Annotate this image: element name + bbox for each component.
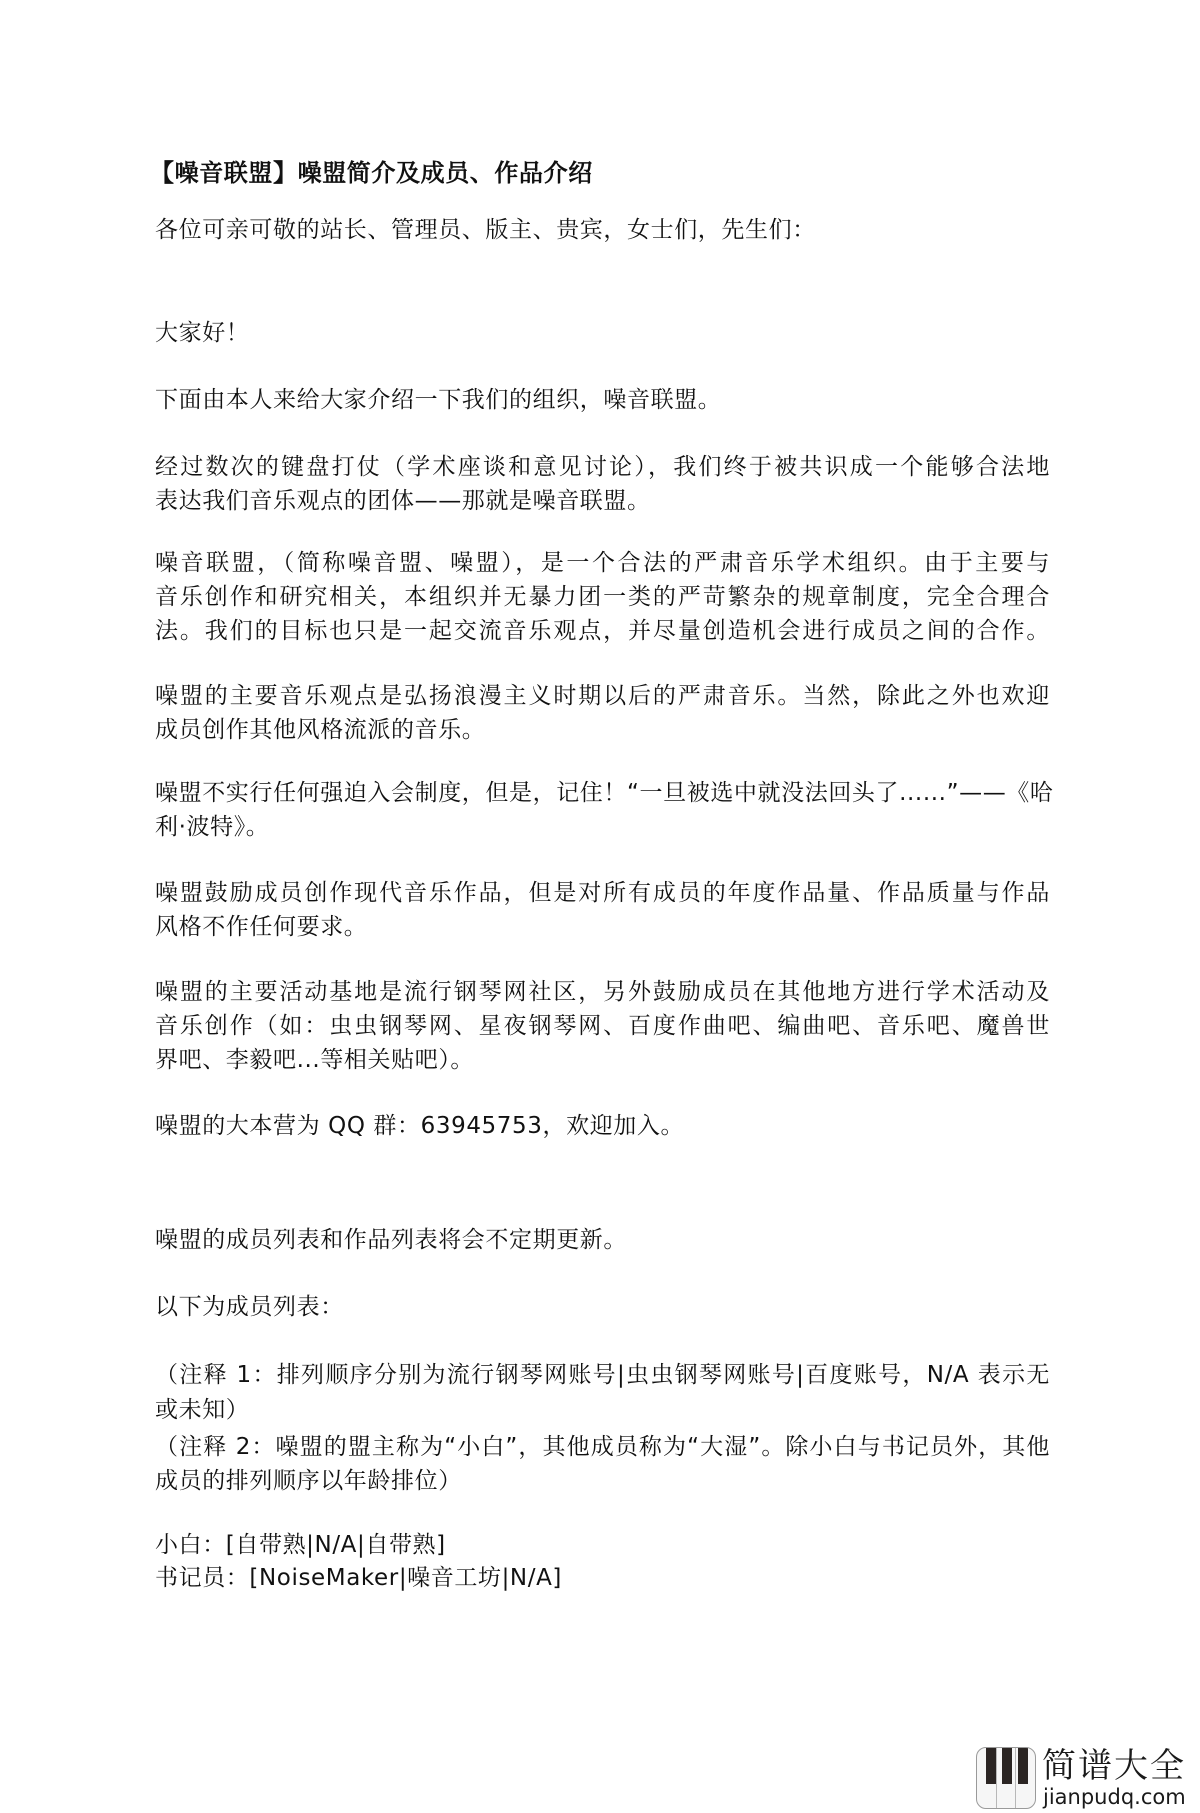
body-text-line: 噪音联盟，（简称噪音盟、噪盟），是一个合法的严肃音乐学术组织。由于主要与 [155,546,1050,580]
document-title: 【噪音联盟】噪盟简介及成员、作品介绍 [150,156,1045,190]
body-text-line: 法。我们的目标也只是一起交流音乐观点，并尽量创造机会进行成员之间的合作。 [155,614,1050,648]
body-text-line: 音乐创作和研究相关，本组织并无暴力团一类的严苛繁杂的规章制度，完全合理合 [155,580,1050,614]
body-text-line: 噪盟的主要音乐观点是弘扬浪漫主义时期以后的严肃音乐。当然，除此之外也欢迎 [155,679,1050,713]
body-text-line: （注释 2：噪盟的盟主称为“小白”，其他成员称为“大湿”。除小白与书记员外，其他 [155,1430,1050,1464]
body-text-line: 以下为成员列表： [155,1290,1050,1324]
body-text-line: 噪盟的大本营为 QQ 群：63945753，欢迎加入。 [155,1109,1050,1143]
body-text-line: 表达我们音乐观点的团体——那就是噪音联盟。 [155,484,1050,518]
body-text-line: 界吧、李毅吧...等相关贴吧）。 [155,1043,1050,1077]
piano-keys-icon [976,1747,1036,1809]
body-text-line: 利·波特》。 [155,810,1050,844]
body-text-line: 经过数次的键盘打仗（学术座谈和意见讨论），我们终于被共识成一个能够合法地 [155,450,1050,484]
body-text-line: 成员的排列顺序以年龄排位） [155,1464,1050,1498]
body-text-line: 下面由本人来给大家介绍一下我们的组织，噪音联盟。 [155,383,1050,417]
body-text-line: 噪盟的成员列表和作品列表将会不定期更新。 [155,1223,1050,1257]
watermark-domain: jianpudq.com [1043,1785,1186,1809]
watermark-logo: 简谱大全 jianpudq.com [976,1747,1200,1811]
body-text-line: 噪盟鼓励成员创作现代音乐作品，但是对所有成员的年度作品量、作品质量与作品 [155,876,1050,910]
body-text-line: 小白：[自带熟|N/A|自带熟] [155,1528,1050,1562]
body-text-line: （注释 1：排列顺序分别为流行钢琴网账号|虫虫钢琴网账号|百度账号，N/A 表示… [155,1358,1050,1392]
body-text-line: 或未知） [155,1393,1050,1427]
body-text-line: 大家好！ [155,316,1050,350]
body-text-line: 成员创作其他风格流派的音乐。 [155,713,1050,747]
body-text-line: 风格不作任何要求。 [155,910,1050,944]
body-text-line: 音乐创作（如：虫虫钢琴网、星夜钢琴网、百度作曲吧、编曲吧、音乐吧、魔兽世 [155,1009,1050,1043]
document-page: 【噪音联盟】噪盟简介及成员、作品介绍 各位可亲可敬的站长、管理员、版主、贵宾，女… [0,0,1200,1813]
body-text-line: 各位可亲可敬的站长、管理员、版主、贵宾，女士们，先生们： [155,213,1050,247]
body-text-line: 噪盟不实行任何强迫入会制度，但是，记住！“一旦被选中就没法回头了......”—… [155,776,1050,810]
body-text-line: 书记员：[NoiseMaker|噪音工坊|N/A] [155,1561,1050,1595]
watermark-name: 简谱大全 [1042,1747,1186,1785]
body-text-line: 噪盟的主要活动基地是流行钢琴网社区，另外鼓励成员在其他地方进行学术活动及 [155,975,1050,1009]
